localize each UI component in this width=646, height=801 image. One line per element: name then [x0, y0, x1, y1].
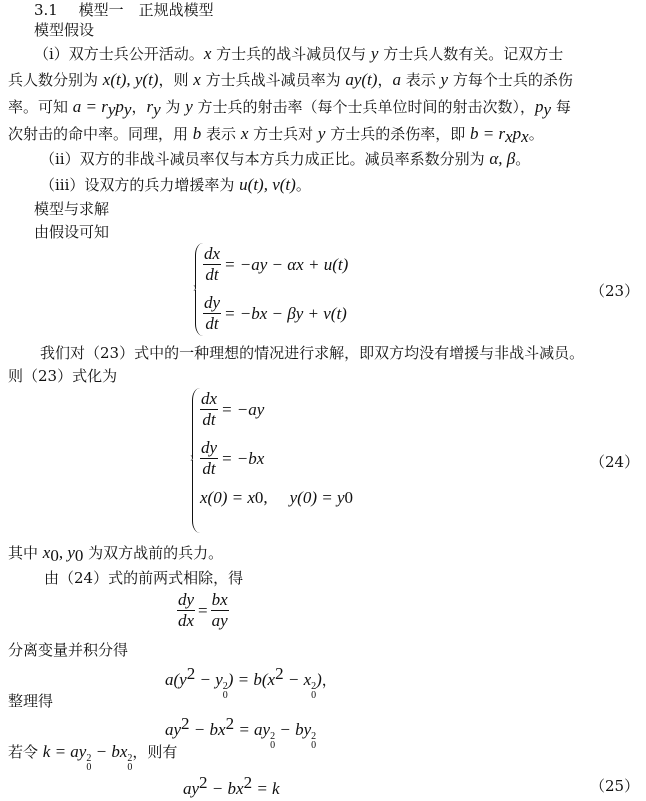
equation-24-label: （24）	[590, 451, 639, 472]
assumption-2: （ii）双方的非战斗减员率仅与本方兵力成正比。减员率系数分别为 α, β。	[40, 149, 530, 169]
assumption-3: （iii）设双方的兵力增援率为 u(t), v(t)。	[40, 175, 311, 195]
assumption-1-line-1: （i）双方士兵公开活动。x 方士兵的战斗减员仅与 y 方士兵人数有关。记双方士	[34, 44, 563, 64]
eq24-row-2: dydt = −bx	[200, 438, 264, 479]
initial-forces-text: 其中 x0, y0 为双方战前的兵力。	[8, 543, 223, 566]
divide-text: 由（24）式的前两式相除，得	[44, 568, 243, 588]
assumption-1-line-4: 次射击的命中率。同理，用 b 表示 x 方士兵对 y 方士兵的杀伤率，即 b =…	[8, 124, 544, 147]
eq24-row-3: x(0) = x0, y(0) = y0	[200, 488, 353, 508]
section-heading: 3.1 模型一 正规战模型	[34, 0, 214, 20]
equation-ratio: dydx = bxay	[177, 590, 229, 631]
solution-heading: 模型与求解	[34, 199, 109, 219]
ideal-case-line-1: 我们对（23）式中的一种理想的情况进行求解，即双方均没有增援与非战斗减员。	[40, 343, 584, 363]
assumption-1-line-3: 率。可知 a = rypy，ry 为 y 方士兵的射击率（每个士兵单位时间的射击…	[8, 97, 571, 120]
ideal-case-line-2: 则（23）式化为	[8, 366, 117, 386]
equation-25-body: ay2 − bx2 = k	[183, 773, 280, 799]
eq23-row-1: dxdt = −ay − αx + u(t)	[203, 244, 348, 285]
let-k-text: 若令 k = ay20 − bx20，则有	[8, 742, 177, 772]
separate-text: 分离变量并积分得	[8, 640, 128, 660]
arrange-text: 整理得	[8, 691, 53, 711]
eq23-row-2: dydt = −bx − βy + v(t)	[203, 293, 347, 334]
equation-integrated: a(y2 − y20) = b(x2 − x20)，	[165, 664, 337, 700]
from-assumptions-text: 由假设可知	[34, 222, 109, 242]
section-title: 模型一 正规战模型	[79, 1, 214, 19]
equation-arranged: ay2 − bx2 = ay20 − by20	[165, 714, 316, 750]
assumption-1-line-2: 兵人数分别为 x(t), y(t)，则 x 方士兵战斗减员率为 ay(t)，a …	[8, 70, 573, 90]
assumptions-heading: 模型假设	[34, 20, 94, 40]
eq24-row-1: dxdt = −ay	[200, 389, 264, 430]
equation-25-label: （25）	[590, 775, 639, 796]
section-number: 3.1	[34, 1, 58, 19]
equation-23-label: （23）	[590, 280, 639, 301]
